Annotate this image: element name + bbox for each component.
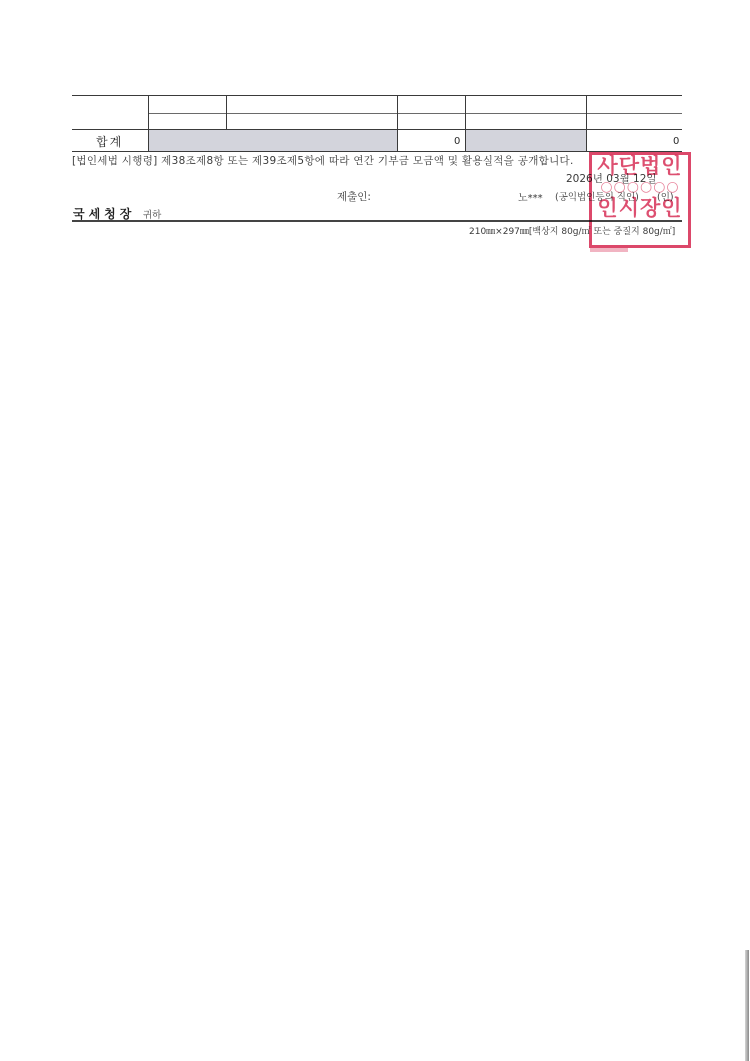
column-divider bbox=[148, 95, 149, 151]
shaded-cell bbox=[149, 130, 397, 151]
column-divider bbox=[226, 95, 227, 129]
total-label: 합계 bbox=[96, 133, 123, 150]
column-divider bbox=[397, 95, 398, 151]
column-divider bbox=[465, 95, 466, 151]
document-page: 합계 0 0 [법인세법 시행령] 제38조제8항 또는 제39조제5항에 따라… bbox=[0, 0, 750, 1061]
total-amount-1: 0 bbox=[454, 136, 460, 147]
column-divider bbox=[586, 95, 587, 151]
honorific: 귀하 bbox=[143, 207, 161, 221]
table-row-divider bbox=[148, 113, 682, 114]
table-top-border bbox=[72, 95, 682, 96]
donation-table: 합계 0 0 bbox=[72, 95, 682, 151]
legal-notice: [법인세법 시행령] 제38조제8항 또는 제39조제5항에 따라 연간 기부금… bbox=[72, 153, 574, 168]
total-amount-2: 0 bbox=[673, 136, 679, 147]
seal-smudge bbox=[590, 248, 628, 252]
scan-edge-shadow bbox=[745, 950, 749, 1061]
submitter-label: 제출인: bbox=[337, 189, 371, 204]
seal-line: ○○○○○○ bbox=[592, 177, 688, 197]
seal-line: 인시장인 bbox=[592, 197, 688, 219]
shaded-cell bbox=[466, 130, 586, 151]
submitter-name: 노*** bbox=[518, 189, 543, 204]
seal-line: 사단법인 bbox=[592, 155, 688, 177]
official-seal-stamp: 사단법인 ○○○○○○ 인시장인 bbox=[589, 152, 691, 248]
